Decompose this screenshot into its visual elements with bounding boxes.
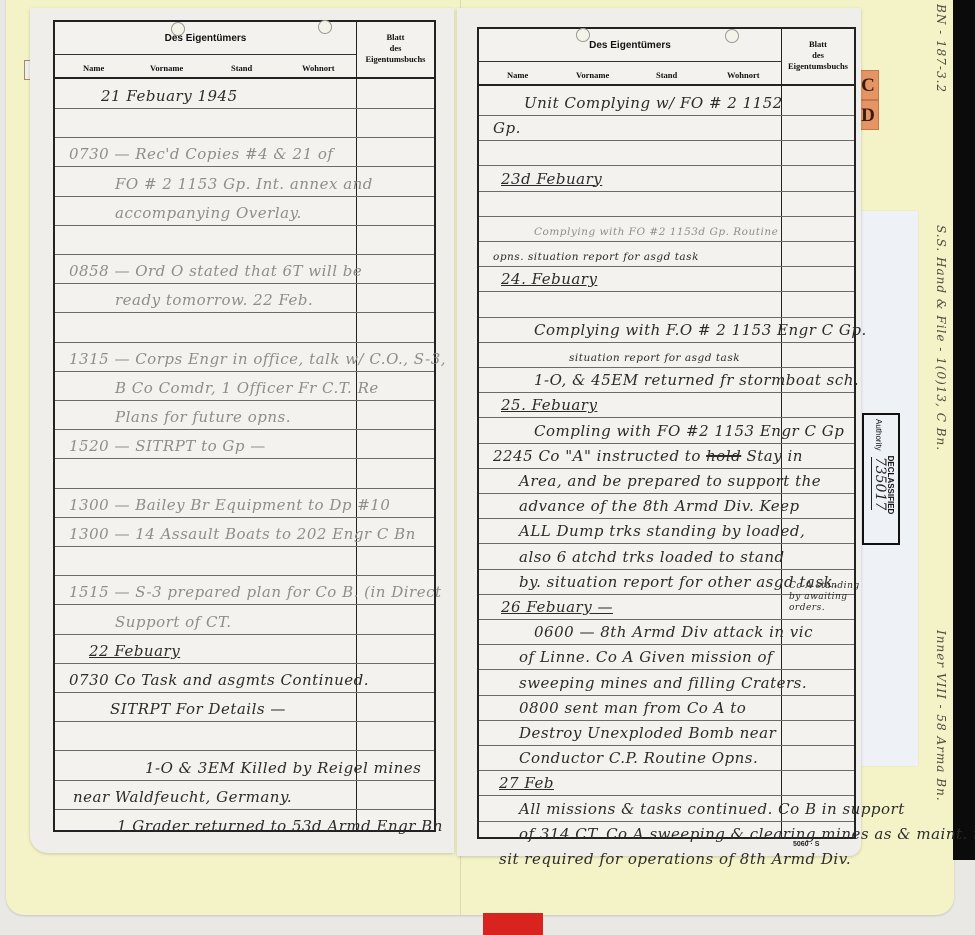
ruled-line	[479, 191, 854, 192]
log-entry: 1-O & 3EM Killed by Reigel mines	[145, 759, 421, 777]
log-entry: B Co Comdr, 1 Officer Fr C.T. Re	[115, 379, 379, 397]
ruled-line	[55, 750, 434, 751]
binder-hole	[171, 22, 185, 36]
ruled-line	[55, 312, 434, 313]
binder-hole	[576, 28, 590, 42]
log-entry: ALL Dump trks standing by loaded,	[519, 522, 805, 540]
log-entry: 0600 — 8th Armd Div attack in vic	[534, 623, 813, 641]
log-entry: Gp.	[493, 119, 521, 137]
ruled-line	[55, 342, 434, 343]
side-note: orders.	[789, 603, 825, 613]
ruled-line	[55, 780, 434, 781]
blatt-line-1: Blatt	[782, 39, 854, 50]
col-name: Name	[507, 70, 528, 80]
ruled-line	[55, 604, 434, 605]
ruled-line	[479, 317, 854, 318]
ruled-line	[479, 795, 854, 796]
column-divider	[356, 22, 357, 830]
log-entry: of 314 CT. Co A sweeping & clearing mine…	[519, 825, 975, 843]
ruled-line	[55, 196, 434, 197]
ruled-line	[55, 575, 434, 576]
owner-group-header: Des Eigentümers	[55, 22, 356, 55]
log-entry: All missions & tasks continued. Co B in …	[519, 800, 905, 818]
ruled-line	[479, 291, 854, 292]
ruled-line	[479, 216, 854, 217]
log-entry: Destroy Unexploded Bomb near	[519, 724, 776, 742]
col-wohnort: Wohnort	[727, 70, 760, 80]
blatt-header: Blatt des Eigentumsbuchs	[781, 29, 854, 86]
ruled-line	[55, 225, 434, 226]
log-entry: Area, and be prepared to support the	[519, 472, 821, 490]
log-entry: of Linne. Co A Given mission of	[519, 648, 773, 666]
ruled-line	[479, 443, 854, 444]
ruled-line	[55, 400, 434, 401]
form-number: 5060 · S	[793, 841, 819, 848]
side-note: by awaiting	[789, 592, 848, 602]
ruled-line	[479, 745, 854, 746]
log-entry: Complying with F.O # 2 1153 Engr C Gp.	[534, 321, 867, 339]
ruled-line	[55, 809, 434, 810]
log-entry: 2245 Co "A" instructed to hold Stay in	[493, 447, 803, 465]
ruled-line	[55, 429, 434, 430]
ruled-line	[479, 720, 854, 721]
binder-hole	[725, 29, 739, 43]
binder-hole	[318, 20, 332, 34]
ruled-line	[479, 417, 854, 418]
log-entry: opns. situation report for asgd task	[493, 251, 699, 263]
ruled-line	[55, 108, 434, 109]
blatt-line-3: Eigentumsbuchs	[357, 54, 434, 65]
side-note: Co A standing	[789, 581, 860, 591]
log-entry: accompanying Overlay.	[115, 204, 302, 222]
red-ribbon	[483, 913, 543, 935]
blatt-line-2: des	[782, 50, 854, 61]
ruled-line	[479, 821, 854, 822]
ruled-line	[479, 266, 854, 267]
ruled-line	[479, 644, 854, 645]
log-entry: 1300 — Bailey Br Equipment to Dp #10	[69, 496, 390, 514]
ruled-line	[55, 692, 434, 693]
left-ledger: Des Eigentümers Name Vorname Stand Wohno…	[53, 20, 436, 832]
ruled-line	[55, 488, 434, 489]
margin-note-unit: Inner VIII - 58 Arma Bn.	[934, 630, 948, 802]
log-entry: 1-O, & 45EM returned fr stormboat sch.	[534, 371, 859, 389]
ruled-line	[479, 367, 854, 368]
column-headers: Name Vorname Stand Wohnort	[479, 62, 781, 86]
background-edge	[953, 0, 975, 860]
log-entry: situation report for asgd task	[569, 352, 740, 364]
log-entry: also 6 atchd trks loaded to stand	[519, 548, 785, 566]
log-entry: 1300 — 14 Assault Boats to 202 Engr C Bn	[69, 525, 416, 543]
margin-note-file-ref: BN - 187-3.2	[934, 4, 948, 93]
col-wohnort: Wohnort	[302, 63, 335, 73]
log-entry: 21 Febuary 1945	[101, 87, 238, 105]
log-entry: advance of the 8th Armd Div. Keep	[519, 497, 800, 515]
ruled-line	[479, 493, 854, 494]
ruled-line	[479, 669, 854, 670]
stamp-authority-label: Authority	[874, 419, 883, 451]
ruled-line	[55, 663, 434, 664]
ruled-line	[479, 569, 854, 570]
log-entry: Support of CT.	[115, 613, 232, 631]
declassified-stamp: DECLASSIFIED Authority 735017	[862, 413, 900, 545]
struck-word: hold	[706, 447, 741, 465]
log-entry: sweeping mines and filling Craters.	[519, 674, 807, 692]
log-entry: Compling with FO #2 1153 Engr C Gp	[534, 422, 844, 440]
ruled-line	[55, 166, 434, 167]
ruled-line	[479, 619, 854, 620]
blatt-line-2: des	[357, 43, 434, 54]
date-heading: 26 Febuary —	[501, 598, 613, 616]
date-heading: 24. Febuary	[501, 270, 597, 288]
date-heading: 23d Febuary	[501, 170, 602, 188]
ruled-line	[55, 721, 434, 722]
blatt-line-3: Eigentumsbuchs	[782, 61, 854, 72]
log-entry: 0730 — Rec'd Copies #4 & 21 of	[69, 145, 333, 163]
date-heading: 22 Febuary	[89, 642, 180, 660]
stamp-authority-number: 735017	[871, 457, 888, 510]
ruled-line	[479, 392, 854, 393]
col-stand: Stand	[231, 63, 252, 73]
ruled-line	[479, 115, 854, 116]
ruled-line	[479, 241, 854, 242]
blatt-line-1: Blatt	[357, 32, 434, 43]
log-entry: FO # 2 1153 Gp. Int. annex and	[115, 175, 373, 193]
log-entry: 1 Grader returned to 53d Armd Engr Bn	[117, 817, 443, 835]
ruled-line	[479, 140, 854, 141]
blatt-header: Blatt des Eigentumsbuchs	[356, 22, 434, 79]
log-entry: Unit Complying w/ FO # 2 1152	[524, 94, 783, 112]
margin-note-file-title: S.S. Hand & File - 1(0)13, C Bn.	[934, 225, 948, 451]
ruled-line	[479, 770, 854, 771]
ruled-line	[479, 695, 854, 696]
log-entry: ready tomorrow. 22 Feb.	[115, 291, 313, 309]
log-entry: 0730 Co Task and asgmts Continued.	[69, 671, 369, 689]
ruled-line	[479, 518, 854, 519]
ruled-line	[55, 254, 434, 255]
ruled-line	[55, 371, 434, 372]
ruled-line	[55, 546, 434, 547]
right-ledger: Des Eigentümers Name Vorname Stand Wohno…	[477, 27, 856, 839]
ruled-line	[55, 283, 434, 284]
ruled-line	[479, 342, 854, 343]
log-entry: 0858 — Ord O stated that 6T will be	[69, 262, 362, 280]
stamp-authority: Authority 735017	[873, 419, 885, 539]
date-heading: 27 Feb	[499, 774, 554, 792]
log-entry: Plans for future opns.	[115, 408, 291, 426]
ruled-line	[55, 517, 434, 518]
column-headers: Name Vorname Stand Wohnort	[55, 55, 356, 79]
date-heading: 25. Febuary	[501, 396, 597, 414]
log-entry: 1520 — SITRPT to Gp —	[69, 437, 266, 455]
log-entry: sit required for operations of 8th Armd …	[499, 850, 851, 868]
ruled-line	[479, 543, 854, 544]
ruled-line	[479, 468, 854, 469]
col-vorname: Vorname	[576, 70, 609, 80]
col-stand: Stand	[656, 70, 677, 80]
log-entry: 1315 — Corps Engr in office, talk w/ C.O…	[69, 350, 446, 368]
ruled-line	[55, 137, 434, 138]
log-entry: near Waldfeucht, Germany.	[73, 788, 292, 806]
log-entry: 0800 sent man from Co A to	[519, 699, 746, 717]
log-entry: Complying with FO #2 1153d Gp. Routine	[534, 226, 778, 238]
ruled-line	[55, 458, 434, 459]
log-entry: 1515 — S-3 prepared plan for Co B. (in D…	[69, 583, 442, 601]
col-name: Name	[83, 63, 104, 73]
col-vorname: Vorname	[150, 63, 183, 73]
log-entry: SITRPT For Details —	[110, 700, 286, 718]
ruled-line	[479, 165, 854, 166]
log-entry: Conductor C.P. Routine Opns.	[519, 749, 758, 767]
ruled-line	[55, 634, 434, 635]
